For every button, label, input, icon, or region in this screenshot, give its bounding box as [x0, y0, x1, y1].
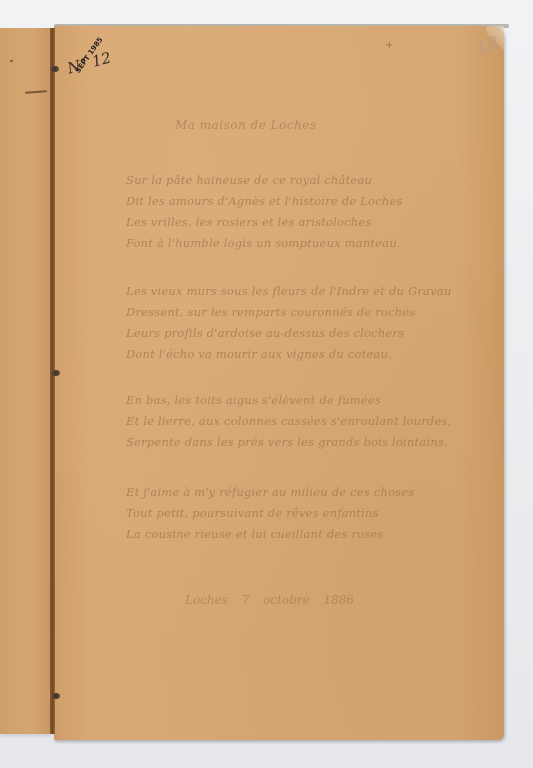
- pencil-plus-mark: +: [385, 40, 393, 51]
- verse-line: Les vieux murs sous les fleurs de l'Indr…: [126, 281, 451, 302]
- poem-title: Ma maison de Loches: [175, 118, 317, 132]
- left-page-mark: [10, 60, 13, 62]
- verse-line: Dont l'écho va mourir aux vignes du cote…: [126, 344, 451, 365]
- verse-line: Dit les amours d'Agnès et l'histoire de …: [126, 191, 403, 212]
- verse-line: La cousine rieuse et lui cueillant des r…: [126, 524, 414, 545]
- verse-line: Et le lierre, aux colonnes cassées s'enr…: [126, 411, 451, 432]
- verse-line: Tout petit, poursuivant de rêves enfanti…: [126, 503, 414, 524]
- verse-line: Les vrilles, les rosiers et les aristolo…: [126, 212, 403, 233]
- manuscript-page: [54, 26, 504, 740]
- left-page: [0, 28, 52, 734]
- place-date-signature: Loches 7 octobre 1886: [185, 593, 354, 607]
- binding-staple-icon: [51, 693, 60, 699]
- stanza-1: Sur la pâte haineuse de ce royal château…: [126, 170, 403, 254]
- binding-staple-icon: [50, 66, 59, 72]
- stanza-3: En bas, les toits aigus s'élèvent de fum…: [126, 390, 451, 453]
- stanza-4: Et j'aime à m'y réfugier au milieu de ce…: [126, 482, 414, 545]
- verse-line: En bas, les toits aigus s'élèvent de fum…: [126, 390, 451, 411]
- verse-line: Serpente dans les prés vers les grands b…: [126, 432, 451, 453]
- stanza-2: Les vieux murs sous les fleurs de l'Indr…: [126, 281, 451, 365]
- verse-line: Dressent, sur les remparts couronnés de …: [126, 302, 451, 323]
- verse-line: Font à l'humble logis un somptueux mante…: [126, 233, 403, 254]
- binding-gutter: [50, 28, 55, 734]
- verse-line: Leurs profils d'ardoise au-dessus des cl…: [126, 323, 451, 344]
- verse-line: Sur la pâte haineuse de ce royal château: [126, 170, 403, 191]
- binding-staple-icon: [51, 370, 60, 376]
- verse-line: Et j'aime à m'y réfugier au milieu de ce…: [126, 482, 414, 503]
